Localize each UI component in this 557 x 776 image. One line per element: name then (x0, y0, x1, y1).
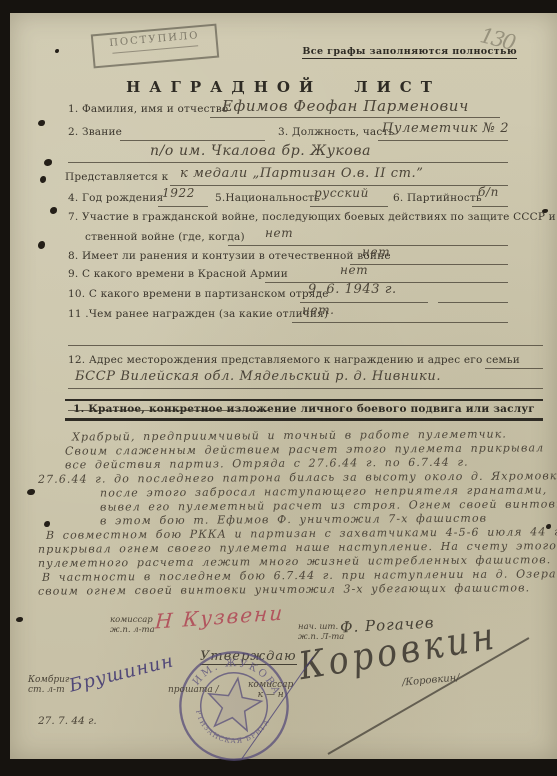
rule-line (158, 205, 208, 207)
kombrig-title-line1: Комбриг (28, 675, 69, 685)
rule-line (438, 301, 508, 303)
feat-line: вывел его пулеметный расчет из строя. Ог… (100, 497, 557, 513)
speck (44, 521, 50, 527)
document-scan: ПОСТУПИЛО Все графы заполняются полность… (0, 0, 557, 776)
field-value-unit: п/о им. Чкалова бр. Жукова (150, 143, 371, 159)
section-header: 1. Кратное, конкретное изложение личного… (65, 399, 543, 421)
field-value-wounds: нет (362, 245, 390, 259)
speck (55, 49, 59, 53)
field-value-represented: к медали „Партизан О.в. II ст.” (180, 166, 424, 181)
rule-line (310, 205, 388, 207)
field-value-name: Ефимов Феофан Парменович (222, 97, 469, 115)
field-label-birthyear: 4. Год рождения (68, 192, 163, 204)
kombrig-title-line2: ст. л-т (28, 685, 65, 695)
field-value-position: Пулеметчик № 2 (382, 121, 509, 136)
rule-line (120, 139, 265, 141)
field-label-redarmy: 9. С какого времени в Красной Армии (68, 268, 288, 280)
page-title: НАГРАДНОЙ ЛИСТ (10, 78, 557, 96)
rule-line (485, 367, 543, 369)
rule-line (350, 263, 508, 265)
field-value-address: БССР Вилейская обл. Мядельский р. д. Нив… (75, 369, 441, 384)
field-label-rank: 2. Звание (68, 126, 122, 138)
feat-line: своим огнем своей винтовки уничтожил 3-х… (38, 581, 530, 597)
rule-line (378, 139, 508, 141)
commissar-title: комиссар ж.п. л-та (110, 616, 155, 635)
field-label-name: 1. Фамилия, имя и отчество (68, 103, 228, 115)
commissar-title-line1: комиссар (110, 615, 153, 625)
field-value-nationality: русский (314, 186, 369, 200)
commissar2-title: комиссар к — н (248, 681, 293, 700)
feat-line: Своим слаженным действием расчет этого п… (65, 441, 544, 457)
speck (50, 207, 57, 214)
speck (16, 617, 23, 622)
chief-title-line1: нач. шт. (298, 622, 338, 632)
received-stamp-text: ПОСТУПИЛО (109, 30, 200, 49)
field-label-represented: Представляется к (65, 171, 168, 183)
handwritten-name-after-stamp: прошата / (168, 685, 219, 695)
speck (38, 120, 45, 126)
field-value-redarmy: нет (340, 263, 368, 277)
speck (27, 489, 35, 495)
commissar2-title-line1: комиссар (248, 680, 293, 690)
award-sheet-paper: ПОСТУПИЛО Все графы заполняются полность… (10, 13, 557, 759)
field-value-prev-awards: нет. (302, 303, 335, 317)
field-value-birthyear: 1922 (162, 186, 195, 200)
field-value-civilwar: нет (265, 226, 293, 240)
field-label-address: 12. Адрес месторождения представляемого … (68, 354, 520, 366)
rule-line (292, 321, 508, 323)
field-value-partisan-since: 9. 6. 1943 г. (308, 282, 397, 297)
feat-line: все действия партиз. Отряда с 27.6.44 г.… (65, 456, 469, 472)
field-label-civilwar-1: 7. Участие в гражданской войне, последую… (68, 211, 557, 223)
speck (38, 241, 45, 249)
field-value-party: б/п (478, 185, 499, 199)
date: 27. 7. 44 г. (38, 715, 97, 727)
rule-line (472, 205, 508, 207)
commissar-signature: Н Кузвени (154, 600, 285, 633)
field-label-wounds: 8. Имеет ли ранения и контузии в отечест… (68, 250, 391, 262)
commissar-title-line2: ж.п. л-та (110, 625, 155, 635)
commissar2-title-line2: к — н (258, 690, 284, 700)
field-label-civilwar-2: ственной войне (где, когда) (85, 231, 245, 243)
kombrig-title: Комбриг ст. л-т (28, 676, 69, 695)
rule-line (68, 387, 543, 389)
rule-line (68, 161, 508, 163)
field-label-position: 3. Должность, часть (278, 126, 394, 138)
kombrig-signature: Брушинин (67, 650, 176, 696)
rule-line (210, 116, 500, 118)
received-stamp: ПОСТУПИЛО (91, 24, 219, 69)
speck (40, 176, 46, 183)
speck (44, 159, 52, 166)
feat-line: в этом бою т. Ефимов Ф. уничтожил 7-х фа… (100, 512, 487, 528)
field-label-party: 6. Партийность (393, 192, 482, 204)
round-seal-stamp: ИМ. ЖУКОВА ПАРТИЗАНСКАЯ БРИГАДА (167, 639, 300, 772)
field-label-nationality: 5.Национальность (215, 192, 320, 204)
field-label-partisan-since: 10. С какого времени в партизанском отря… (68, 288, 329, 300)
field-label-prev-awards: 11 .Чем ранее награжден (за какие отличи… (68, 308, 328, 320)
rule-line (68, 344, 543, 346)
